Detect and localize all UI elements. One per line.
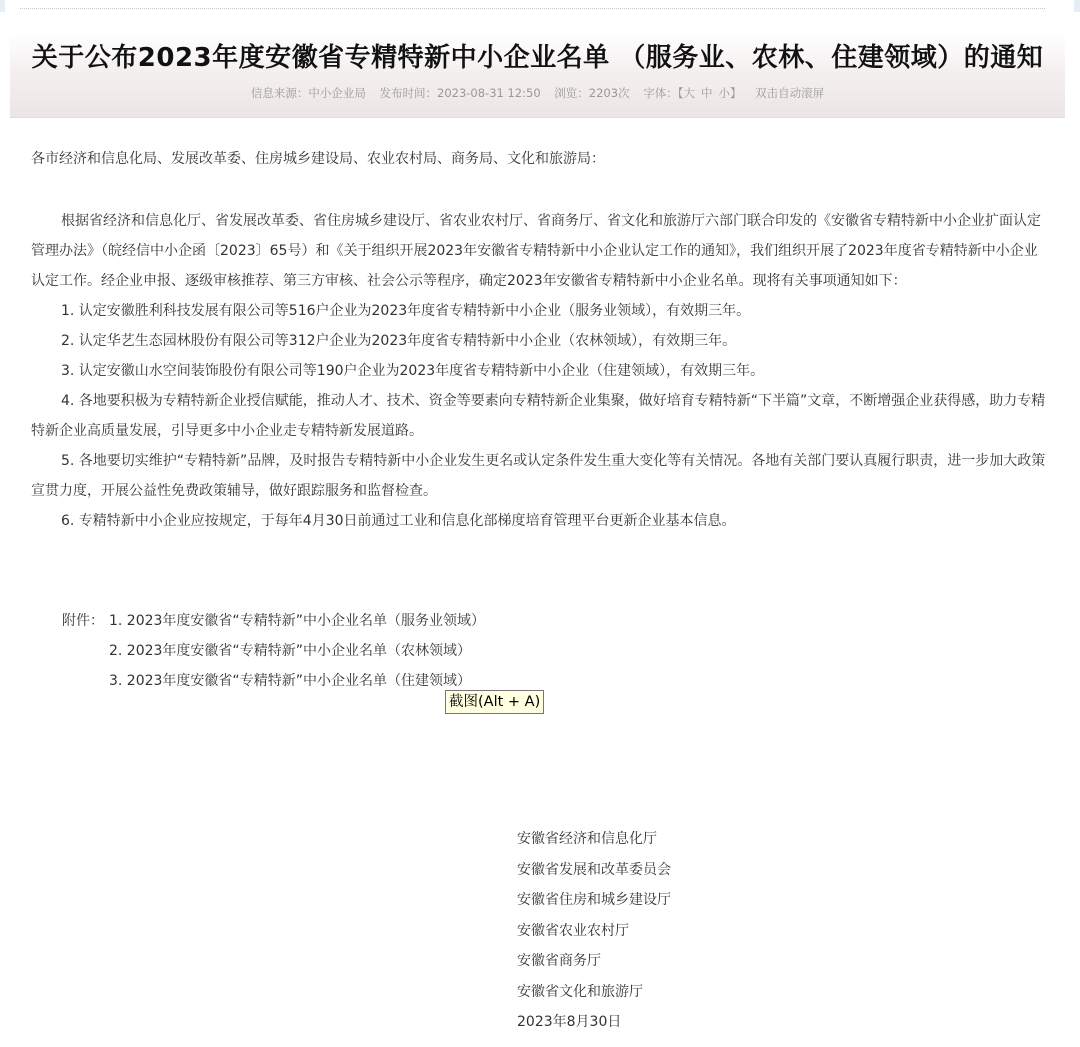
font-size-large-link[interactable]: 大 [683, 86, 695, 100]
signature-5: 安徽省商务厅 [517, 946, 671, 977]
signature-3: 安徽省住房和城乡建设厅 [517, 885, 671, 916]
intro-paragraph: 根据省经济和信息化厅、省发展改革委、省住房城乡建设厅、省农业农村厅、省商务厅、省… [31, 206, 1051, 296]
meta-time-value: 2023-08-31 12:50 [437, 86, 541, 100]
signatures: 安徽省经济和信息化厅 安徽省发展和改革委员会 安徽省住房和城乡建设厅 安徽省农业… [517, 824, 671, 1038]
meta-font-label: 字体： [643, 86, 678, 100]
attachment-row-3: 3. 2023年度安徽省“专精特新”中小企业名单（住建领域） [62, 666, 485, 696]
meta-time-label: 发布时间： [380, 86, 438, 100]
meta-views-label: 浏览： [554, 86, 589, 100]
notice-item-5: 5. 各地要切实维护“专精特新”品牌，及时报告专精特新中小企业发生更名或认定条件… [31, 446, 1051, 506]
meta-views-value: 2203次 [589, 86, 630, 100]
notice-item-6: 6. 专精特新中小企业应按规定，于每年4月30日前通过工业和信息化部梯度培育管理… [31, 506, 1051, 536]
attachments: 附件：1. 2023年度安徽省“专精特新”中小企业名单（服务业领域） 2. 20… [62, 606, 485, 696]
addressee: 各市经济和信息化局、发展改革委、住房城乡建设局、农业农村局、商务局、文化和旅游局… [31, 144, 1051, 174]
dotted-divider [20, 8, 1045, 9]
notice-item-4: 4. 各地要积极为专精特新企业授信赋能，推动人才、技术、资金等要素向专精特新企业… [31, 386, 1051, 446]
notice-item-3: 3. 认定安徽山水空间装饰股份有限公司等190户企业为2023年度省专精特新中小… [31, 356, 1051, 386]
meta-font-size: 字体：【大中小】 [643, 86, 741, 100]
font-size-medium-link[interactable]: 中 [701, 86, 713, 100]
signature-2: 安徽省发展和改革委员会 [517, 855, 671, 886]
attachment-row-2: 2. 2023年度安徽省“专精特新”中小企业名单（农林领域） [62, 636, 485, 666]
article-body: 各市经济和信息化局、发展改革委、住房城乡建设局、农业农村局、商务局、文化和旅游局… [31, 144, 1051, 536]
meta-views: 浏览：2203次 [554, 86, 629, 100]
right-edge-strip [1074, 0, 1080, 12]
attachment-link-3[interactable]: 3. 2023年度安徽省“专精特新”中小企业名单（住建领域） [109, 673, 471, 689]
notice-item-1: 1. 认定安徽胜利科技发展有限公司等516户企业为2023年度省专精特新中小企业… [31, 296, 1051, 326]
meta-time: 发布时间：2023-08-31 12:50 [380, 86, 541, 100]
font-bracket-close: 】 [730, 86, 742, 100]
signature-6: 安徽省文化和旅游厅 [517, 977, 671, 1008]
attachment-row-1: 附件：1. 2023年度安徽省“专精特新”中小企业名单（服务业领域） [62, 606, 485, 636]
signature-1: 安徽省经济和信息化厅 [517, 824, 671, 855]
article-title: 关于公布2023年度安徽省专精特新中小企业名单 （服务业、农林、住建领域）的通知 [10, 37, 1065, 74]
left-edge-strip [0, 0, 5, 12]
signature-4: 安徽省农业农村厅 [517, 916, 671, 947]
meta-source-value: 中小企业局 [308, 86, 366, 100]
autoscroll-hint: 双击自动滚屏 [755, 86, 824, 100]
spacer [31, 174, 1051, 206]
attachment-link-2[interactable]: 2. 2023年度安徽省“专精特新”中小企业名单（农林领域） [109, 643, 471, 659]
article-header: 关于公布2023年度安徽省专精特新中小企业名单 （服务业、农林、住建领域）的通知… [10, 33, 1065, 118]
notice-item-2: 2. 认定华艺生态园林股份有限公司等312户企业为2023年度省专精特新中小企业… [31, 326, 1051, 356]
meta-source-label: 信息来源： [251, 86, 309, 100]
attachments-label: 附件： [62, 606, 109, 636]
attachment-link-1[interactable]: 1. 2023年度安徽省“专精特新”中小企业名单（服务业领域） [109, 613, 485, 629]
screenshot-tooltip: 截图(Alt + A) [445, 690, 544, 714]
signature-date: 2023年8月30日 [517, 1007, 671, 1038]
font-size-small-link[interactable]: 小 [718, 86, 730, 100]
meta-source: 信息来源：中小企业局 [251, 86, 366, 100]
article-meta: 信息来源：中小企业局 发布时间：2023-08-31 12:50 浏览：2203… [10, 85, 1065, 101]
